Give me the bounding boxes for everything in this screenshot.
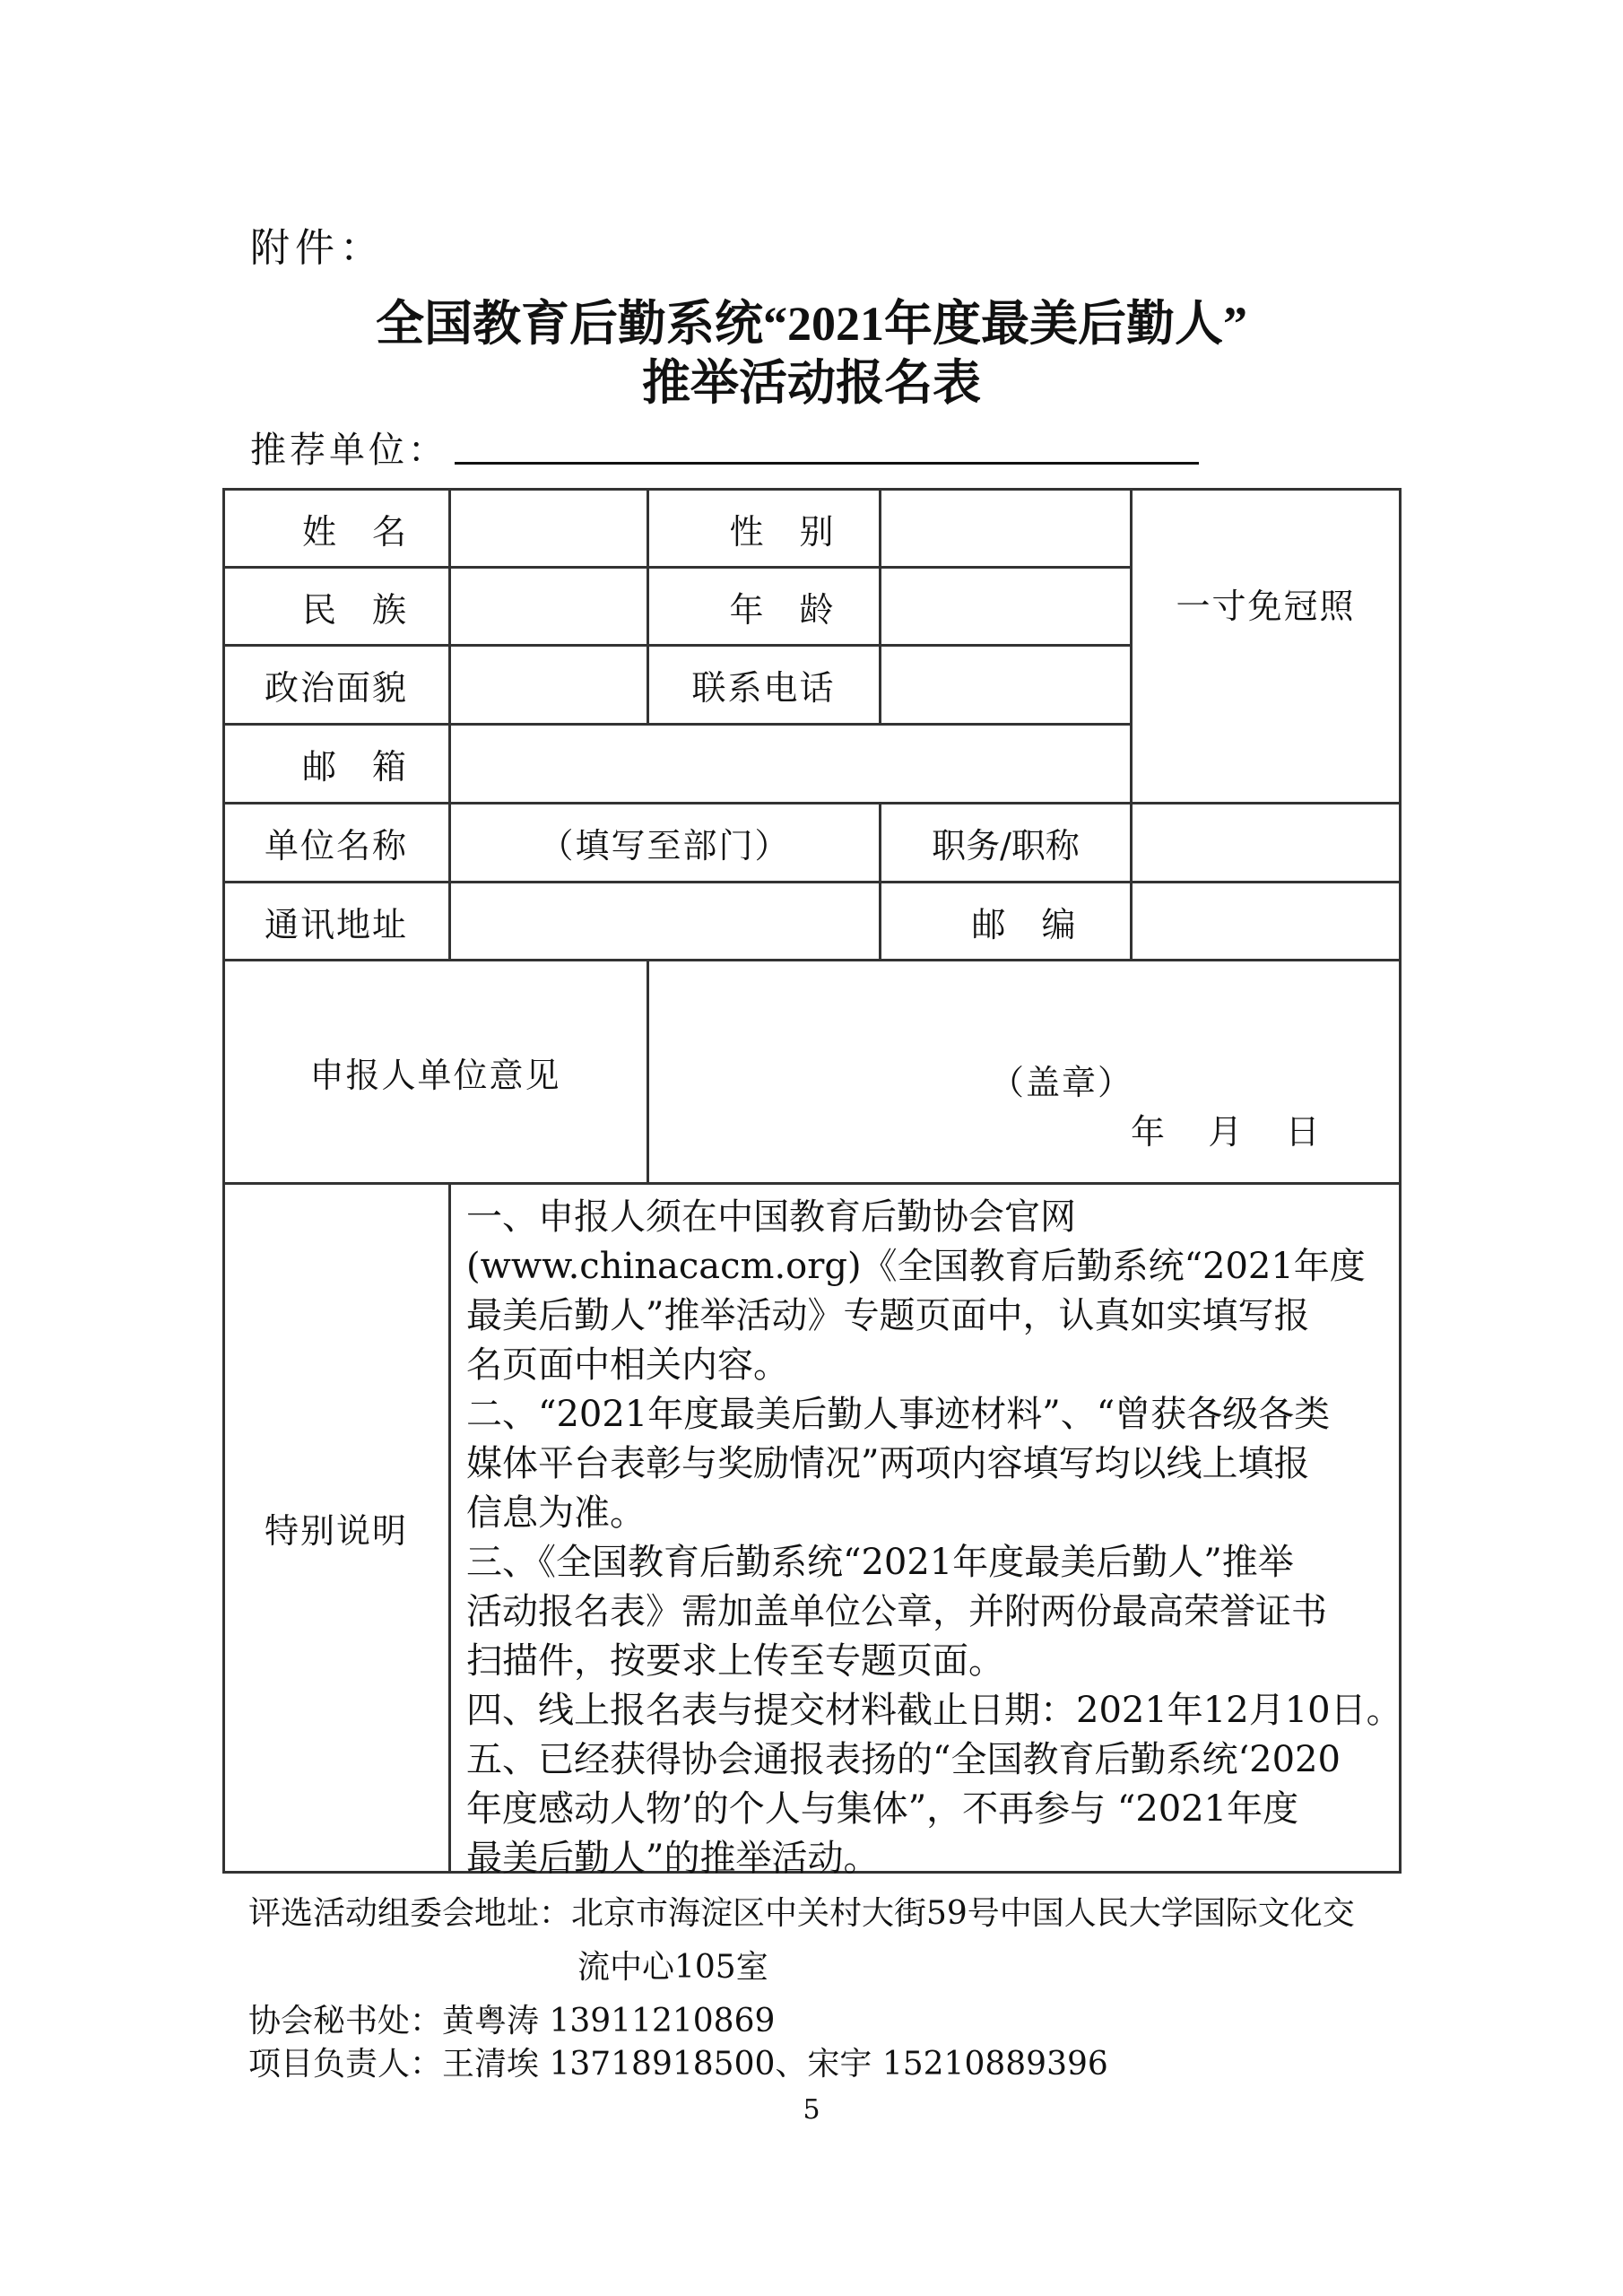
address-label: 通讯地址: [224, 883, 448, 960]
unit-name-label: 单位名称: [224, 804, 448, 882]
unit-opinion-label: 申报人单位意见: [224, 961, 647, 1183]
postcode-label: 邮编: [881, 883, 1166, 960]
recommending-unit-label: 推荐单位：: [250, 422, 447, 473]
special-notes-content: 一、申报人须在中国教育后勤协会官网 (www.chinacacm.org)《全国…: [466, 1193, 1399, 1883]
note-line: 媒体平台表彰与奖励情况”两项内容填写均以线上填报: [466, 1439, 1399, 1489]
note-line: 最美后勤人”的推举活动。: [466, 1834, 1399, 1883]
name-field[interactable]: [451, 490, 647, 567]
recommending-unit-field[interactable]: [455, 462, 1199, 465]
table-border-right: [1399, 488, 1402, 1873]
age-label: 年龄: [648, 568, 915, 645]
political-status-field[interactable]: [451, 646, 647, 724]
email-field[interactable]: [451, 725, 1130, 803]
committee-address-line2: 流中心105室: [577, 1942, 768, 1987]
page-title-line2: 推举活动报名表: [0, 344, 1623, 413]
note-line: 最美后勤人”推举活动》专题页面中，认真如实填写报: [466, 1291, 1399, 1341]
photo-placeholder[interactable]: 一寸免冠照: [1133, 490, 1399, 803]
note-line: 一、申报人须在中国教育后勤协会官网: [466, 1193, 1399, 1242]
secretariat-contact: 协会秘书处：黄粤涛 13911210869: [248, 1996, 775, 2041]
gender-field[interactable]: [881, 490, 1130, 567]
col-divider: [448, 1182, 451, 1873]
phone-field[interactable]: [881, 646, 1130, 724]
note-line: 名页面中相关内容。: [466, 1341, 1399, 1390]
position-field[interactable]: [1133, 804, 1399, 882]
committee-address-line1: 评选活动组委会地址：北京市海淀区中关村大街59号中国人民大学国际文化交: [248, 1888, 1355, 1934]
seal-label: （盖章）: [990, 1055, 1133, 1104]
note-line: 年度感动人物’的个人与集体”，不再参与 “2021年度: [466, 1785, 1399, 1834]
note-line: (www.chinacacm.org)《全国教育后勤系统“2021年度: [466, 1242, 1399, 1291]
email-label: 邮箱: [224, 725, 484, 803]
note-line: 五、已经获得协会通报表扬的“全国教育后勤系统‘2020: [466, 1735, 1399, 1785]
political-status-label: 政治面貌: [224, 646, 448, 724]
date-label: 年 月 日: [1131, 1104, 1320, 1153]
name-label: 姓名: [224, 490, 484, 567]
photo-label: 一寸免冠照: [1176, 578, 1355, 628]
address-field[interactable]: [451, 883, 879, 960]
postcode-field[interactable]: [1133, 883, 1399, 960]
page-number: 5: [0, 2094, 1623, 2126]
age-field[interactable]: [881, 568, 1130, 645]
note-line: 信息为准。: [466, 1489, 1399, 1538]
note-line: 三、《全国教育后勤系统“2021年度最美后勤人”推举: [466, 1538, 1399, 1587]
gender-label: 性别: [648, 490, 915, 567]
note-line: 扫描件，按要求上传至专题页面。: [466, 1637, 1399, 1686]
unit-name-field[interactable]: （填写至部门）: [451, 804, 879, 882]
attachment-label: 附件：: [250, 215, 385, 273]
note-line: 二、“2021年度最美后勤人事迹材料”、“曾获各级各类: [466, 1390, 1399, 1439]
project-leads-contact: 项目负责人：王清埃 13718918500、宋宇 15210889396: [248, 2039, 1108, 2084]
position-label: 职务/职称: [881, 804, 1130, 882]
special-notes-label: 特别说明: [224, 1184, 448, 1871]
phone-label: 联系电话: [648, 646, 879, 724]
note-line: 四、线上报名表与提交材料截止日期：2021年12月10日。: [466, 1686, 1399, 1735]
ethnicity-field[interactable]: [451, 568, 647, 645]
ethnicity-label: 民族: [224, 568, 484, 645]
unit-opinion-field[interactable]: （盖章） 年 月 日: [649, 961, 1399, 1183]
note-line: 活动报名表》需加盖单位公章，并附两份最高荣誉证书: [466, 1587, 1399, 1637]
